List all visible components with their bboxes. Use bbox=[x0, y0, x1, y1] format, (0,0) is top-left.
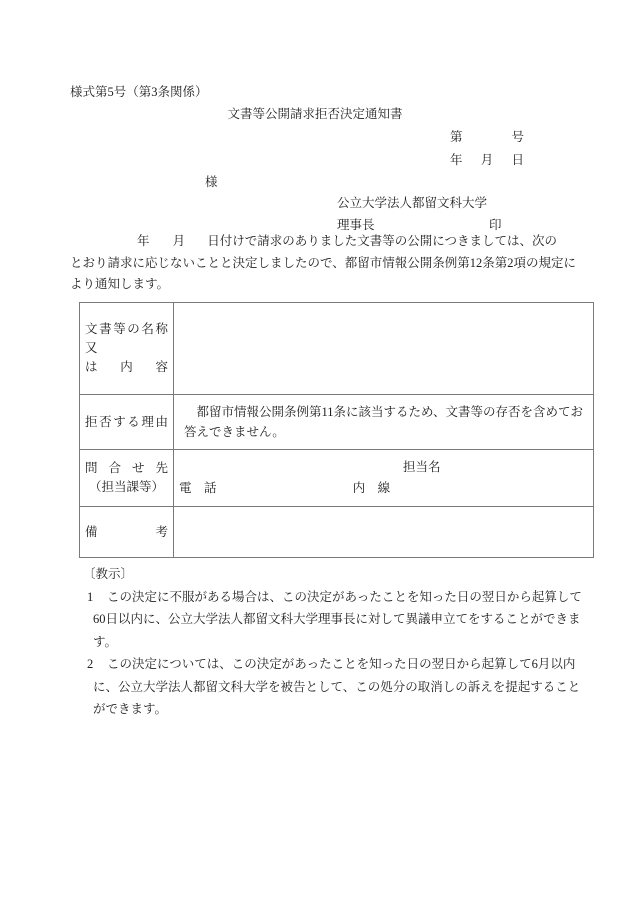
body-paragraph: 年 月 日付けで請求のありました文書等の公開につきましては、次の とおり請求に応… bbox=[70, 231, 590, 296]
notice-2-number: 2 bbox=[87, 653, 93, 676]
remarks-content-cell bbox=[174, 507, 594, 558]
table-row-document-name: 文書等の名称又 は 内 容 bbox=[80, 303, 594, 395]
notice-2-text-1: この決定については、この決定があったことを知った日の翌日から起算して6月以内 bbox=[107, 657, 575, 671]
refusal-reason-text-line1: 都留市情報公開条例第11条に該当するため、文書等の存否を含めてお bbox=[184, 402, 583, 422]
refusal-reason-label: 拒否する理由 bbox=[85, 413, 168, 432]
document-number-prefix: 第 bbox=[450, 127, 463, 145]
blank-year-label: 年 bbox=[137, 234, 150, 248]
phone-line: 電 話 内 線 bbox=[174, 478, 593, 499]
notice-1-line-2: 60日以内に、公立大学法人都留文科大学理事長に対して異議申立てをすることができま bbox=[70, 608, 590, 631]
appeal-instructions: 〔教示〕 1 この決定に不服がある場合は、この決定があったことを知った日の翌日か… bbox=[70, 563, 590, 721]
table-row-contact: 問合せ先 （担当課等） 担当名 電 話 内 線 bbox=[80, 450, 594, 507]
staff-name-label: 担当名 bbox=[174, 457, 593, 478]
document-name-label-line2: は 内 容 bbox=[85, 358, 168, 377]
notice-1-text-1: この決定に不服がある場合は、この決定があったことを知った日の翌日から起算して bbox=[107, 590, 582, 604]
issuer-organization: 公立大学法人都留文科大学 bbox=[337, 193, 487, 211]
refusal-reason-text-line2: 答えできません。 bbox=[184, 422, 583, 442]
document-title: 文書等公開請求拒否決定通知書 bbox=[0, 104, 630, 122]
body-line-1-text: 日付けで請求のありました文書等の公開につきましては、次の bbox=[207, 234, 557, 248]
contact-label-cell: 問合せ先 （担当課等） bbox=[80, 450, 174, 507]
contact-content-cell: 担当名 電 話 内 線 bbox=[174, 450, 594, 507]
document-number-suffix: 号 bbox=[511, 127, 524, 145]
notice-2-line-1: 2 この決定については、この決定があったことを知った日の翌日から起算して6月以内 bbox=[70, 653, 590, 676]
notice-1-line-1: 1 この決定に不服がある場合は、この決定があったことを知った日の翌日から起算して bbox=[70, 586, 590, 609]
contact-label-line1: 問合せ先 bbox=[85, 459, 168, 478]
date-line: 年 月 日 bbox=[450, 150, 524, 168]
remarks-label-cell: 備 考 bbox=[80, 507, 174, 558]
date-month-label: 月 bbox=[481, 150, 494, 168]
document-name-label-cell: 文書等の名称又 は 内 容 bbox=[80, 303, 174, 395]
form-number: 様式第5号（第3条関係） bbox=[70, 82, 208, 100]
appeal-instructions-heading: 〔教示〕 bbox=[83, 563, 590, 586]
refusal-reason-label-cell: 拒否する理由 bbox=[80, 395, 174, 450]
notice-item-2: 2 この決定については、この決定があったことを知った日の翌日から起算して6月以内… bbox=[70, 653, 590, 721]
contact-label-line2: （担当課等） bbox=[85, 478, 168, 497]
date-day-label: 日 bbox=[511, 150, 524, 168]
document-name-content-cell bbox=[174, 303, 594, 395]
notice-2-line-3: ができます。 bbox=[70, 698, 590, 721]
form-table: 文書等の名称又 は 内 容 拒否する理由 都留市情報公開条例第11条に該当するた… bbox=[79, 302, 594, 558]
notice-1-number: 1 bbox=[87, 586, 93, 609]
document-number-line: 第 号 bbox=[450, 127, 524, 145]
refusal-reason-content-cell: 都留市情報公開条例第11条に該当するため、文書等の存否を含めてお 答えできません… bbox=[174, 395, 594, 450]
extension-label: 内 線 bbox=[353, 481, 391, 495]
document-name-label-line1: 文書等の名称又 bbox=[85, 320, 168, 358]
table-row-refusal-reason: 拒否する理由 都留市情報公開条例第11条に該当するため、文書等の存否を含めてお … bbox=[80, 395, 594, 450]
notice-1-line-3: す。 bbox=[70, 631, 590, 654]
notice-item-1: 1 この決定に不服がある場合は、この決定があったことを知った日の翌日から起算して… bbox=[70, 586, 590, 654]
date-year-label: 年 bbox=[450, 150, 463, 168]
addressee-honorific: 様 bbox=[205, 172, 218, 190]
notice-2-line-2: に、公立大学法人都留文科大学を被告として、この処分の取消しの訴えを提起すること bbox=[70, 676, 590, 699]
document-page: 様式第5号（第3条関係） 文書等公開請求拒否決定通知書 第 号 年 月 日 様 … bbox=[0, 0, 630, 903]
table-row-remarks: 備 考 bbox=[80, 507, 594, 558]
blank-month-label: 月 bbox=[173, 234, 186, 248]
phone-label: 電 話 bbox=[179, 481, 217, 495]
body-line-1: 年 月 日付けで請求のありました文書等の公開につきましては、次の bbox=[70, 231, 590, 253]
body-line-3: より通知します。 bbox=[70, 274, 590, 296]
remarks-label: 備 考 bbox=[85, 523, 168, 542]
body-line-2: とおり請求に応じないことと決定しましたので、都留市情報公開条例第12条第2項の規… bbox=[70, 253, 590, 275]
